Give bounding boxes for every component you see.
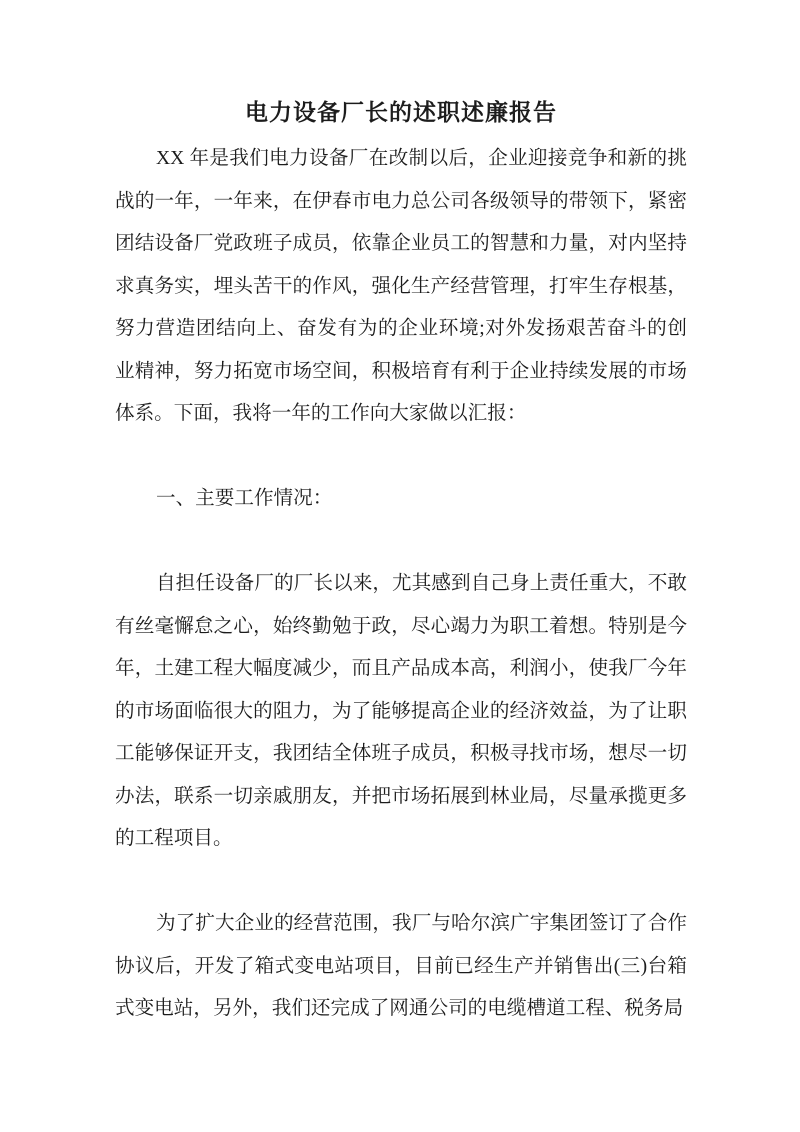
document-content: 电力设备厂长的述职述廉报告 XX 年是我们电力设备厂在改制以后，企业迎接竞争和新… (0, 96, 800, 1031)
paragraph: 为了扩大企业的经营范围，我厂与哈尔滨广宇集团签订了合作协议后，开发了箱式变电站项… (115, 903, 687, 1031)
paragraph: XX 年是我们电力设备厂在改制以后，企业迎接竞争和新的挑战的一年，一年来，在伊春… (115, 138, 687, 436)
document-body: XX 年是我们电力设备厂在改制以后，企业迎接竞争和新的挑战的一年，一年来，在伊春… (115, 138, 687, 1031)
paragraph: 自担任设备厂的厂长以来，尤其感到自己身上责任重大，不敢有丝毫懈怠之心，始终勤勉于… (115, 563, 687, 861)
document-title: 电力设备厂长的述职述廉报告 (115, 96, 687, 130)
document-page: 电力设备厂长的述职述廉报告 XX 年是我们电力设备厂在改制以后，企业迎接竞争和新… (0, 0, 800, 1132)
paragraph: 一、主要工作情况： (115, 478, 687, 521)
